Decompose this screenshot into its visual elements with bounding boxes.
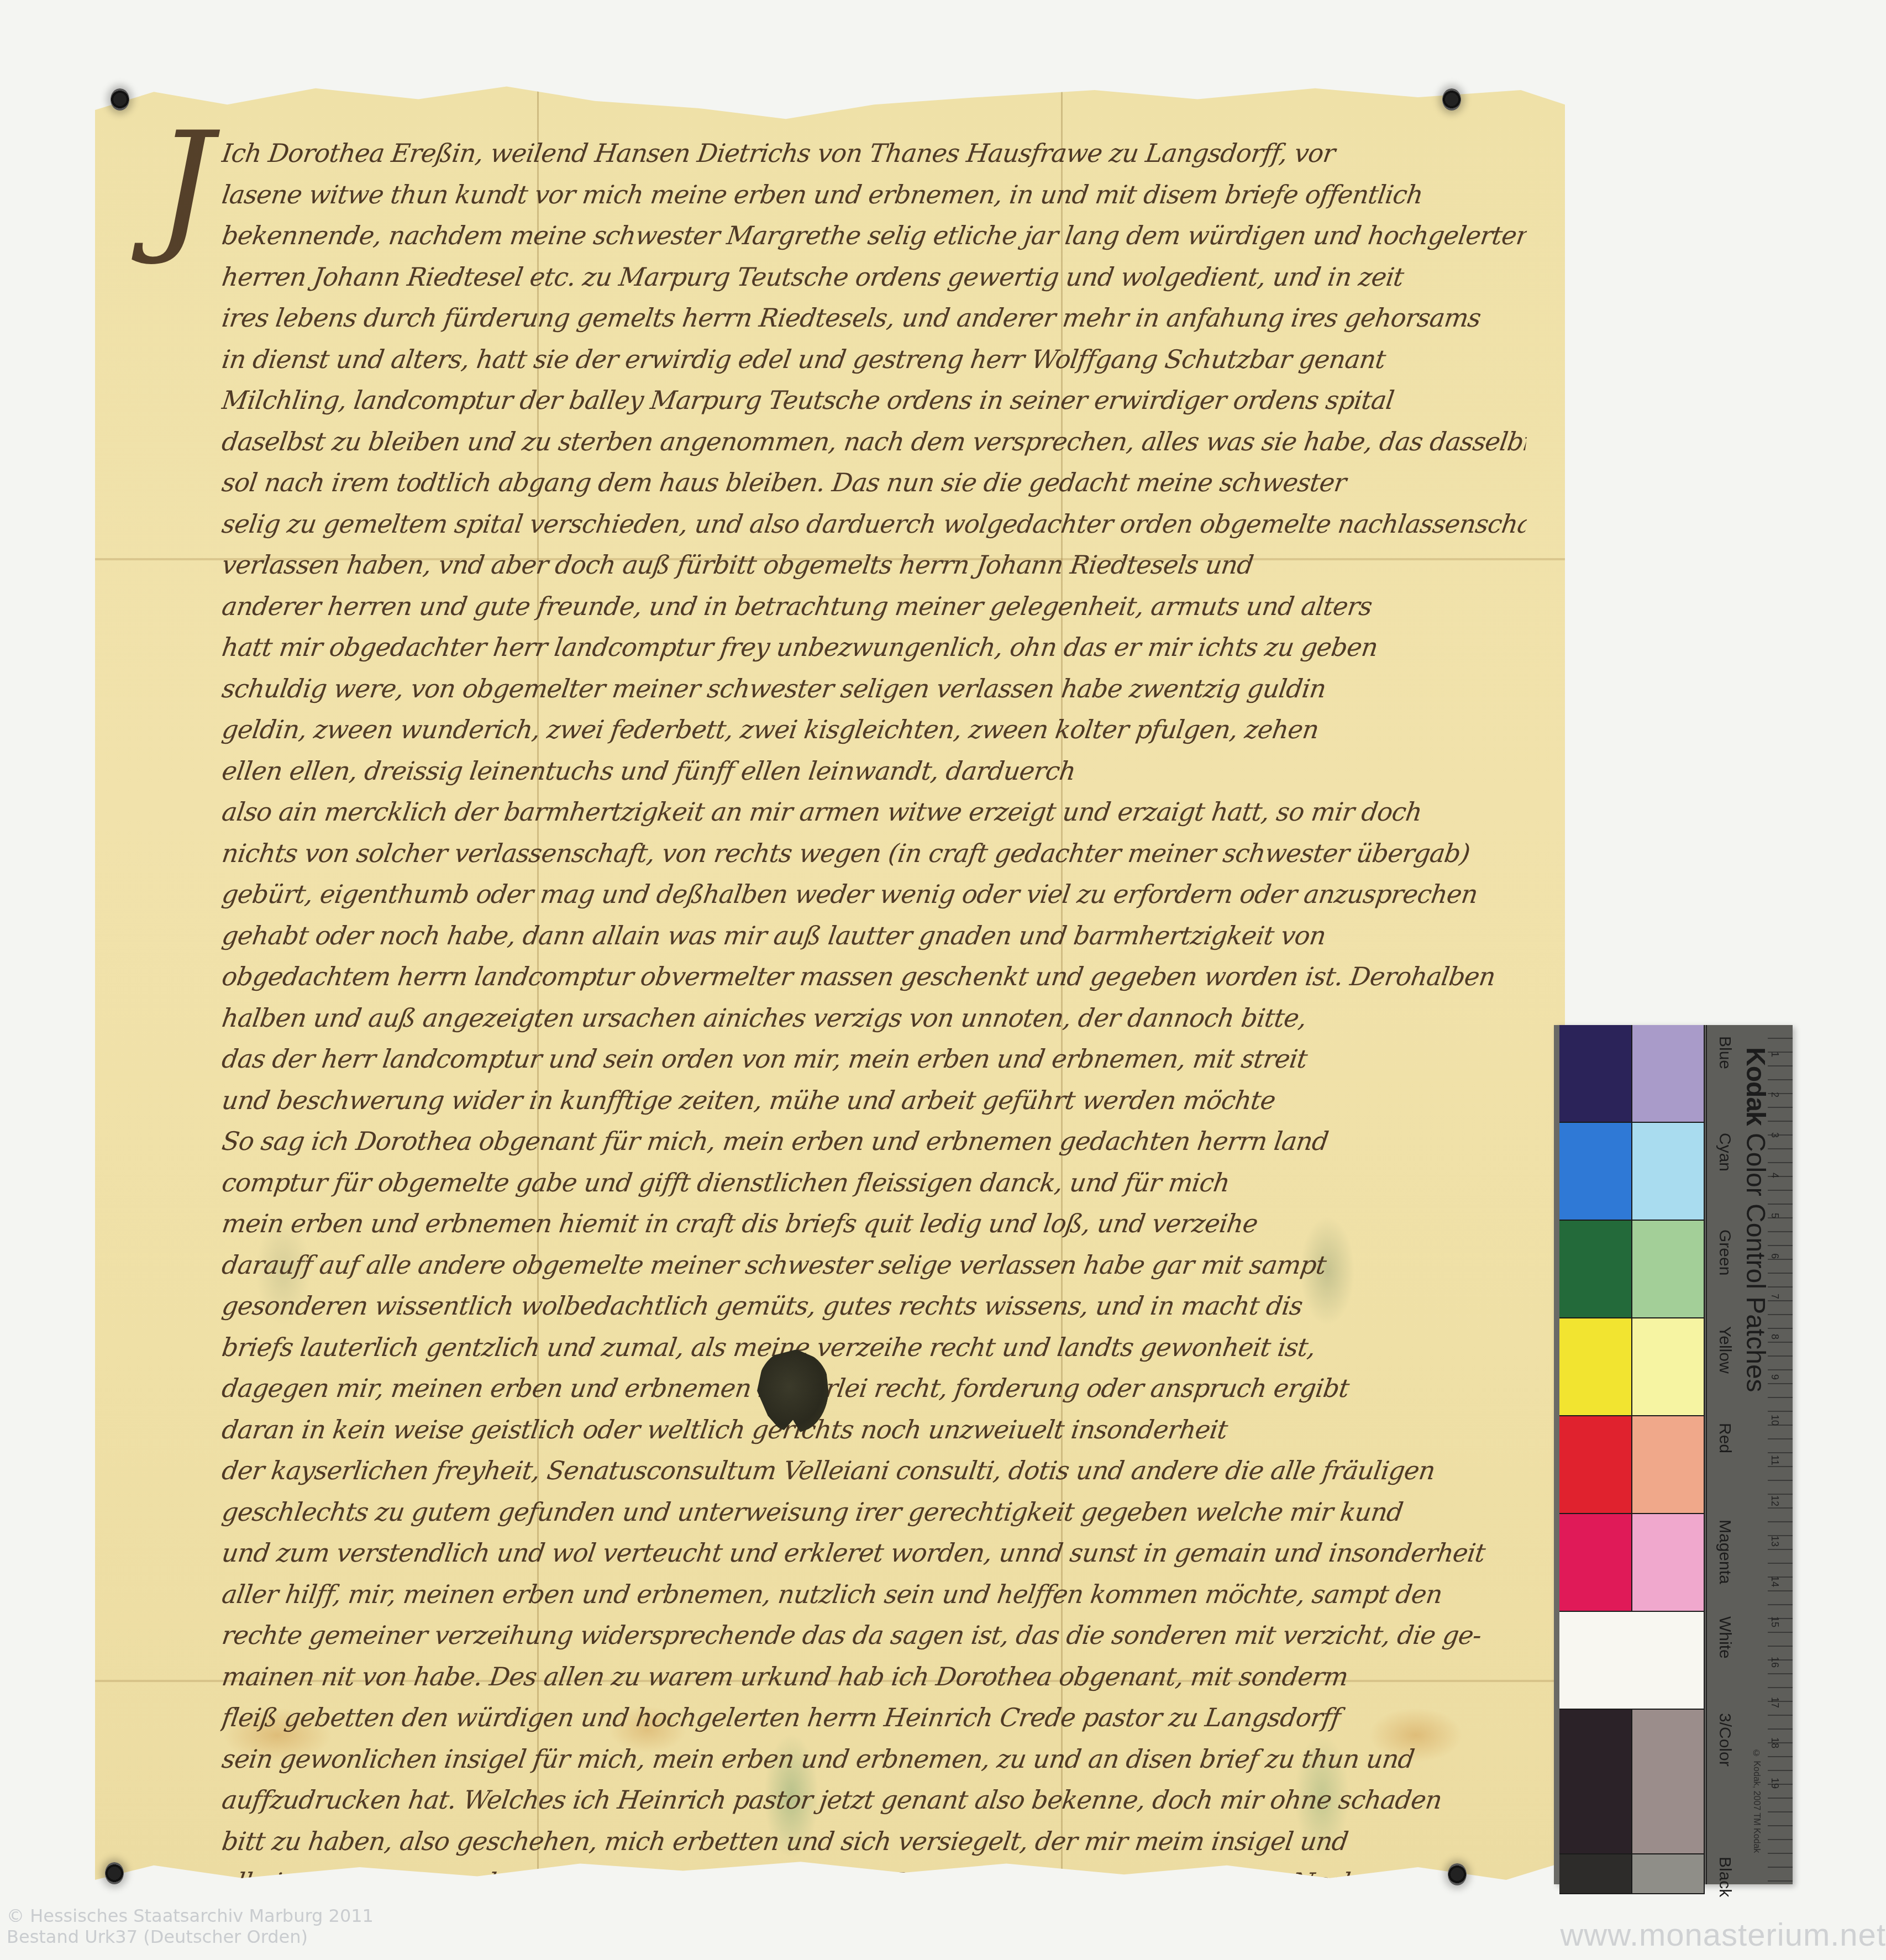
manuscript-line: ires lebens durch fürderung gemelts herr…	[219, 297, 1529, 339]
manuscript-line: schuldig were, von obgemelter meiner sch…	[219, 668, 1529, 710]
manuscript-line: auffzudrucken hat. Welches ich Heinrich …	[219, 1779, 1529, 1821]
cm-tick-label: 18	[1769, 1737, 1780, 1748]
cm-tick-label: 6	[1769, 1253, 1780, 1259]
cm-tick-label: 9	[1769, 1374, 1780, 1380]
cm-tick-label: 1	[1769, 1052, 1780, 1057]
color-patch	[1559, 1710, 1632, 1853]
credit-line-2: Bestand Urk37 (Deutscher Orden)	[7, 1926, 374, 1947]
manuscript-sheet: J Ich Dorothea Ereßin, weilend Hansen Di…	[95, 83, 1565, 1887]
cm-tick-label: 13	[1769, 1536, 1780, 1547]
cm-tick-label: 8	[1769, 1334, 1780, 1339]
manuscript-line: und beschwerung wider in kunfftige zeite…	[219, 1080, 1529, 1121]
color-patch-row-black	[1559, 1854, 1705, 1894]
color-patch	[1632, 1221, 1705, 1317]
cm-tick-label: 5	[1769, 1213, 1780, 1218]
manuscript-line: daselbst zu bleiben und zu sterben angen…	[219, 421, 1529, 463]
color-patch	[1632, 1318, 1705, 1415]
manuscript-line: der kayserlichen freyheit, Senatusconsul…	[219, 1450, 1529, 1491]
manuscript-line: Christi unsers herrn geburt funffzehenhu…	[219, 1903, 1529, 1945]
cm-tick-label: 7	[1769, 1294, 1780, 1299]
manuscript-line: daran in kein weise geistlich oder weltl…	[219, 1409, 1529, 1451]
manuscript-line: also ain mercklich der barmhertzigkeit a…	[219, 791, 1529, 833]
cm-tick-label: 3	[1769, 1132, 1780, 1138]
manuscript-line: Ich Dorothea Ereßin, weilend Hansen Diet…	[219, 133, 1529, 174]
cm-tick-label: 4	[1769, 1173, 1780, 1178]
patch-label: 3/Color	[1715, 1713, 1734, 1767]
manuscript-line: sol nach irem todtlich abgang dem haus b…	[219, 462, 1529, 503]
patch-label: Red	[1715, 1423, 1734, 1453]
color-patch	[1559, 1025, 1632, 1122]
manuscript-line: dagegen mir, meinen erben und erbnemen k…	[219, 1368, 1529, 1409]
manuscript-line: rechte gemeiner verzeihung widersprechen…	[219, 1615, 1529, 1656]
manuscript-line: herren Johann Riedtesel etc. zu Marpurg …	[219, 256, 1529, 298]
manuscript-line: in dienst und alters, hatt sie der erwir…	[219, 339, 1529, 380]
color-patch	[1632, 1854, 1705, 1893]
kodak-brand: Kodak	[1741, 1047, 1770, 1126]
color-patch	[1559, 1514, 1632, 1611]
patch-label: Yellow	[1715, 1326, 1734, 1374]
cm-tick-label: 15	[1769, 1616, 1780, 1627]
manuscript-text: Ich Dorothea Ereßin, weilend Hansen Diet…	[222, 133, 1526, 1944]
manuscript-line: bitt zu haben, also geschehen, mich erbe…	[219, 1821, 1529, 1862]
cm-tick-label: 17	[1769, 1697, 1780, 1708]
manuscript-line: darauff auf alle andere obgemelte meiner…	[219, 1244, 1529, 1286]
manuscript-line: obgedachtem herrn landcomptur obvermelte…	[219, 956, 1529, 997]
mounting-pin-icon	[105, 1862, 124, 1884]
color-patch	[1632, 1514, 1705, 1611]
manuscript-line: gehabt oder noch habe, dann allain was m…	[219, 915, 1529, 957]
manuscript-line: So sag ich Dorothea obgenant für mich, m…	[219, 1121, 1529, 1162]
color-patch	[1559, 1123, 1632, 1220]
archive-credit: © Hessisches Staatsarchiv Marburg 2011 B…	[7, 1905, 374, 1947]
manuscript-line: gesonderen wissentlich wolbedachtlich ge…	[219, 1285, 1529, 1327]
cm-ruler: Kodak Color Control Patches BlueCyanGree…	[1706, 1025, 1793, 1884]
mounting-pin-icon	[1442, 88, 1461, 111]
mounting-pin-icon	[1448, 1863, 1467, 1885]
patch-label: White	[1715, 1616, 1734, 1659]
manuscript-line: bekennende, nachdem meine schwester Marg…	[219, 215, 1529, 256]
manuscript-line: mein erben und erbnemen hiemit in craft …	[219, 1203, 1529, 1244]
patch-label: Blue	[1715, 1036, 1734, 1069]
patch-label: Black	[1715, 1857, 1734, 1897]
cm-tick-label: 10	[1769, 1415, 1780, 1426]
cm-tick-label: 12	[1769, 1495, 1780, 1506]
color-patch-row-cyan	[1559, 1123, 1705, 1221]
patch-label: Cyan	[1715, 1133, 1734, 1171]
color-patch-row-white	[1559, 1612, 1705, 1710]
manuscript-line: geldin, zween wunderich, zwei federbett,…	[219, 709, 1529, 750]
color-patch-grid	[1559, 1025, 1705, 1884]
mounting-pin-icon	[111, 88, 129, 111]
kodak-color-target: Kodak Color Control Patches BlueCyanGree…	[1554, 1025, 1792, 1884]
scan-canvas: J Ich Dorothea Ereßin, weilend Hansen Di…	[0, 0, 1886, 1960]
manuscript-line: aller hilff, mir, meinen erben und erbne…	[219, 1574, 1529, 1615]
cm-tick-label: 14	[1769, 1576, 1780, 1587]
cm-tick-label: 11	[1769, 1455, 1780, 1465]
color-patch	[1632, 1123, 1705, 1220]
manuscript-line: sein gewonlichen insigel für mich, mein …	[219, 1738, 1529, 1780]
kodak-subtitle: Color Control Patches	[1741, 1133, 1770, 1393]
cm-tick-label: 2	[1769, 1092, 1780, 1097]
manuscript-line: anderer herren und gute freunde, und in …	[219, 586, 1529, 627]
color-patch-row-red	[1559, 1416, 1705, 1514]
manuscript-line: das der herr landcomptur und sein orden …	[219, 1038, 1529, 1080]
color-patch	[1559, 1318, 1632, 1415]
manuscript-line: hatt mir obgedachter herr landcomptur fr…	[219, 627, 1529, 668]
manuscript-line: selig zu gemeltem spital verschieden, un…	[219, 503, 1529, 545]
kodak-copyright: © Kodak, 2007 TM Kodak	[1751, 1749, 1761, 1853]
color-patch	[1559, 1416, 1632, 1513]
manuscript-line: verlassen haben, vnd aber doch auß fürbi…	[219, 544, 1529, 586]
cm-tick-label: 19	[1769, 1778, 1780, 1789]
color-patch	[1559, 1221, 1632, 1317]
kodak-title: Kodak Color Control Patches	[1740, 1047, 1771, 1393]
manuscript-line: gebürt, eigenthumb oder mag und deßhalbe…	[219, 874, 1529, 915]
manuscript-line: halben und auß angezeigten ursachen aini…	[219, 997, 1529, 1039]
manuscript-line: ellen ellen, dreissig leinentuchs und fü…	[219, 750, 1529, 792]
manuscript-line: Milchling, landcomptur der balley Marpur…	[219, 380, 1529, 421]
credit-line-1: © Hessisches Staatsarchiv Marburg 2011	[7, 1905, 374, 1926]
cm-tick-label: 16	[1769, 1657, 1780, 1668]
color-patch-row-magenta	[1559, 1514, 1705, 1612]
manuscript-line: briefs lauterlich gentzlich und zumal, a…	[219, 1327, 1529, 1368]
color-patch	[1632, 1710, 1705, 1853]
color-patch	[1632, 1025, 1705, 1122]
watermark: www.monasterium.net	[1560, 1916, 1886, 1953]
color-patch	[1559, 1854, 1632, 1893]
color-patch-row-blue	[1559, 1025, 1705, 1123]
color-patch	[1559, 1612, 1705, 1709]
color-patch-row-3-color	[1559, 1710, 1705, 1854]
color-patch	[1632, 1416, 1705, 1513]
color-patch-row-yellow	[1559, 1318, 1705, 1416]
manuscript-line: mainen nit von habe. Des allen zu warem …	[219, 1656, 1529, 1698]
decorated-initial: J	[156, 113, 213, 257]
manuscript-line: fleiß gebetten den würdigen und hochgele…	[219, 1697, 1529, 1738]
manuscript-line: alle in allweg ohne schaden und ohn gefä…	[219, 1862, 1529, 1903]
color-patch-row-green	[1559, 1221, 1705, 1318]
manuscript-line: nichts von solcher verlassenschaft, von …	[219, 833, 1529, 874]
manuscript-line: lasene witwe thun kundt vor mich meine e…	[219, 174, 1529, 216]
patch-label: Magenta	[1715, 1520, 1734, 1584]
manuscript-line: geschlechts zu gutem gefunden und unterw…	[219, 1491, 1529, 1533]
manuscript-line: und zum verstendlich und wol verteucht u…	[219, 1532, 1529, 1574]
patch-label: Green	[1715, 1229, 1734, 1275]
manuscript-line: comptur für obgemelte gabe und gifft die…	[219, 1162, 1529, 1204]
